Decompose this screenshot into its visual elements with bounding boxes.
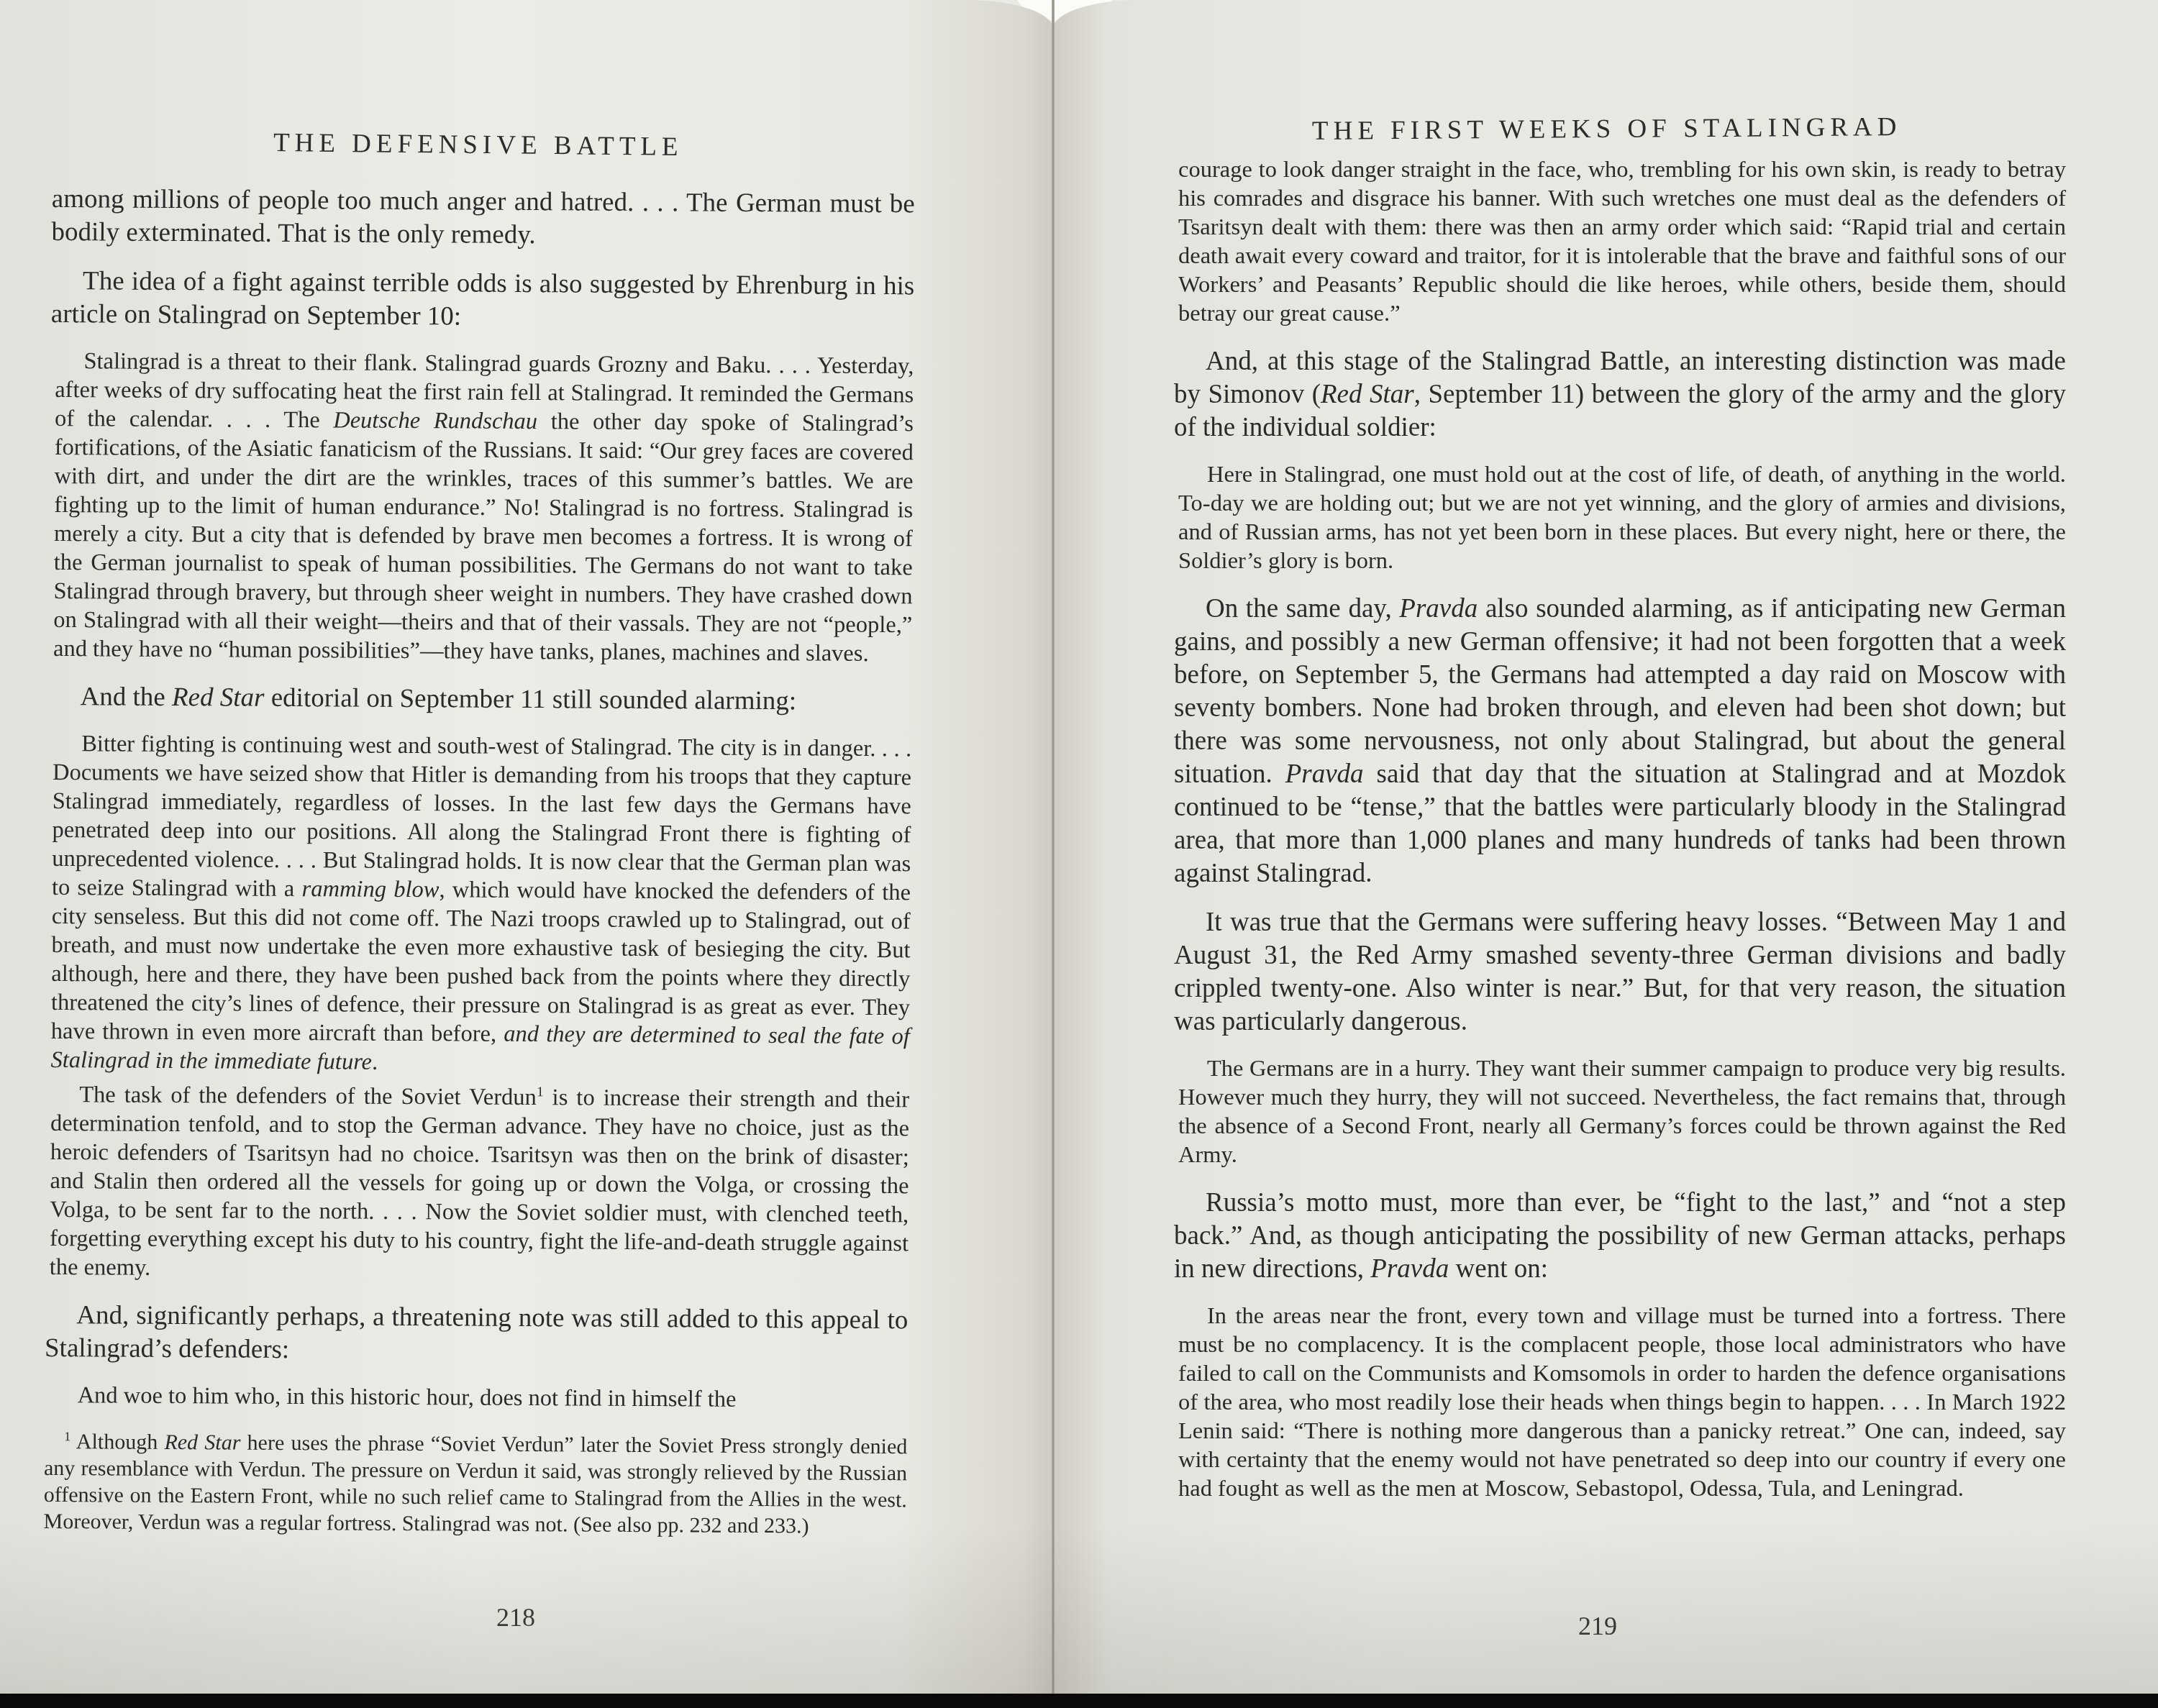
text-segment: Red Star [1321, 380, 1414, 409]
right-running-head: THE FIRST WEEKS OF STALINGRAD [1312, 111, 1902, 147]
text-segment: 10 [427, 301, 454, 331]
book-gutter [1052, 0, 1055, 1694]
text-segment: Russia’s motto must, more than ever, be … [1174, 1188, 2066, 1284]
paragraph: And, significantly perhaps, a threatenin… [45, 1299, 909, 1370]
footnote: 1 Although Red Star here uses the phrase… [44, 1428, 908, 1540]
text-segment: , the Red Army smashed seventy-three Ger… [1174, 941, 2066, 1036]
text-segment: 31 [1264, 941, 1290, 970]
text-segment: The task of the defenders of the Soviet … [79, 1082, 537, 1110]
text-segment: is to increase their strength and their … [50, 1084, 910, 1281]
paragraph: It was true that the Germans were suffer… [1174, 906, 2066, 1038]
text-segment: Pravda [1285, 759, 1364, 789]
right-page: THE FIRST WEEKS OF STALINGRAD courage to… [1053, 0, 2158, 1694]
right-text-block: courage to look danger straight in the f… [1174, 155, 2066, 1520]
block-quote: The task of the defenders of the Soviet … [45, 1080, 910, 1287]
block-quote: Bitter fighting is continuing west and s… [46, 729, 911, 1079]
text-segment: 11 [1549, 380, 1575, 409]
text-segment: In the areas near the front, every town … [1178, 1303, 2066, 1415]
text-segment: The Germans are in a hurry. They want th… [1178, 1056, 2066, 1168]
block-quote: Here in Stalingrad, one must hold out at… [1174, 460, 2066, 575]
text-segment: Red Star [172, 682, 265, 713]
footnote-marker: 1 [64, 1429, 70, 1443]
text-segment: 5 [1419, 660, 1432, 690]
block-quote: In the areas near the front, every town … [1174, 1302, 2066, 1503]
text-segment: , September [1414, 380, 1549, 409]
text-segment: Deutsche Rundschau [333, 407, 537, 434]
text-segment: : [454, 301, 462, 331]
text-segment: 1922 [2019, 1389, 2066, 1415]
text-segment: went on: [1449, 1254, 1548, 1284]
text-segment: 1,000 [1407, 826, 1467, 855]
text-segment: The idea of a fight against terrible odd… [51, 266, 915, 331]
paragraph: And the Red Star editorial on September … [48, 680, 911, 718]
text-segment: 232 [690, 1513, 722, 1537]
block-quote: And woe to him who, in this historic hou… [45, 1381, 908, 1415]
paragraph: Russia’s motto must, more than ever, be … [1174, 1187, 2066, 1286]
paragraph: And, at this stage of the Stalingrad Bat… [1174, 345, 2066, 444]
text-segment: And, significantly perhaps, a threatenin… [45, 1300, 909, 1364]
text-segment: still sounded alarming: [546, 685, 797, 716]
left-running-head: THE DEFENSIVE BATTLE [273, 127, 683, 163]
text-segment: among millions of people too much anger … [51, 184, 915, 250]
text-segment: 1 [537, 1084, 544, 1100]
text-segment: courage to look danger straight in the f… [1178, 157, 2066, 326]
left-page-number: 218 [496, 1602, 535, 1632]
text-segment: . [372, 1049, 378, 1075]
block-quote: courage to look danger straight in the f… [1174, 155, 2066, 328]
block-quote: The Germans are in a hurry. They want th… [1174, 1054, 2066, 1169]
text-segment: editorial on September [264, 683, 520, 714]
paragraph: among millions of people too much anger … [51, 183, 915, 254]
paragraph: The idea of a fight against terrible odd… [51, 265, 915, 336]
block-quote: Stalingrad is a threat to their flank. S… [49, 347, 914, 668]
text-segment: the other day spoke of Stalingrad’s fort… [53, 408, 914, 667]
text-segment: and [722, 1514, 765, 1538]
text-segment: And the [81, 682, 173, 712]
text-segment: .) [796, 1514, 809, 1538]
text-segment: Although [70, 1430, 164, 1454]
text-segment: 11 [520, 685, 546, 714]
text-segment: Here in Stalingrad, one must hold out at… [1178, 462, 2066, 574]
left-page: THE DEFENSIVE BATTLE among millions of p… [0, 0, 1053, 1694]
text-segment: On the same day, [1206, 594, 1399, 624]
text-segment: Pravda [1370, 1254, 1449, 1284]
text-segment: Lenin said: “There is nothing more dange… [1178, 1418, 2066, 1502]
left-text-block: among millions of people too much anger … [44, 183, 915, 1540]
text-segment: ramming blow [301, 876, 439, 903]
text-segment: It was true that the Germans were suffer… [1206, 908, 2006, 937]
text-segment: 1 [2006, 908, 2020, 937]
text-segment: Pravda [1399, 594, 1478, 624]
text-segment: And woe to him who, in this historic hou… [78, 1382, 737, 1412]
text-segment: , which would have knocked the defenders… [51, 877, 911, 1047]
text-segment: Bitter fighting is continuing west and s… [52, 731, 911, 902]
book-spread: THE DEFENSIVE BATTLE among millions of p… [0, 0, 2158, 1694]
text-segment: 233 [764, 1514, 796, 1538]
text-segment: Red Star [164, 1430, 240, 1455]
paragraph: On the same day, Pravda also sounded ala… [1174, 593, 2066, 890]
right-page-number: 219 [1578, 1611, 1617, 1641]
